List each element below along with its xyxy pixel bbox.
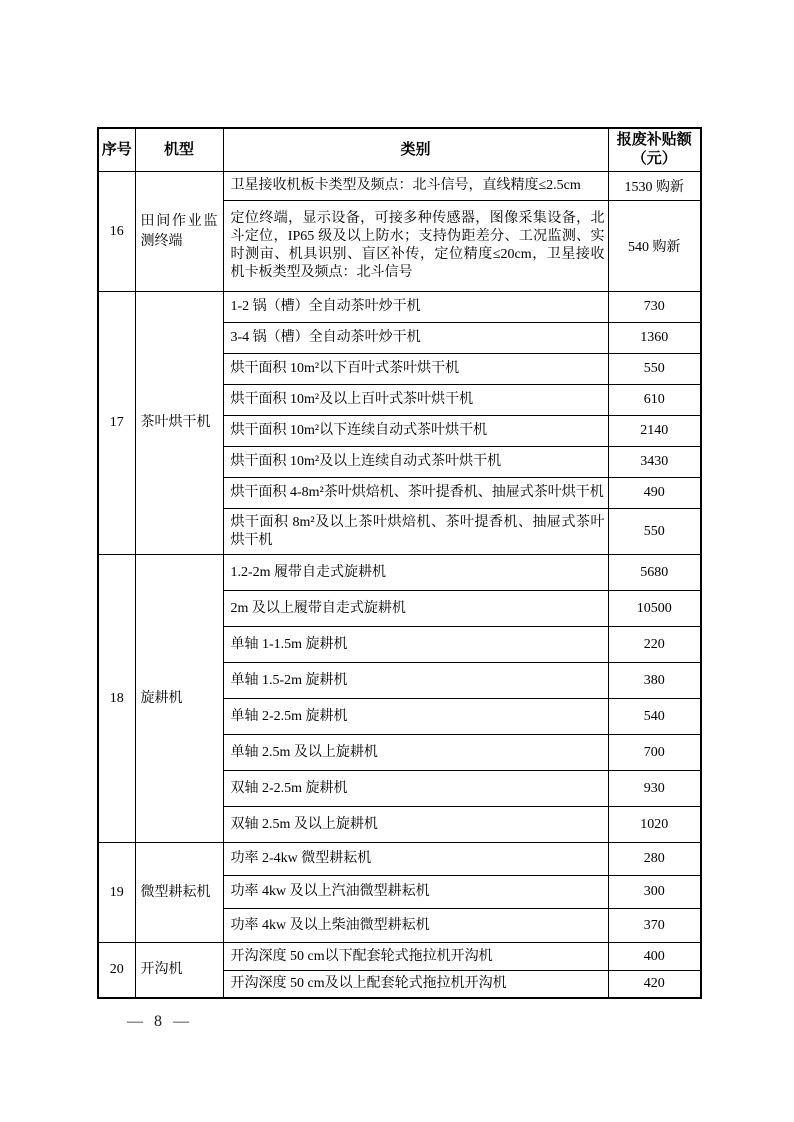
category-cell: 3-4 锅（槽）全自动茶叶炒干机 <box>223 323 608 354</box>
header-subsidy-unit: （元） <box>611 150 699 169</box>
category-cell: 功率 4kw 及以上柴油微型耕耘机 <box>223 909 608 943</box>
machine-model-cell: 开沟机 <box>135 943 223 998</box>
machine-model-cell: 旋耕机 <box>135 555 223 843</box>
subsidy-amount-cell: 280 <box>608 843 701 876</box>
header-machine-model: 机型 <box>135 128 223 172</box>
subsidy-amount-cell: 540 购新 <box>608 201 701 292</box>
subsidy-amount-cell: 300 <box>608 876 701 909</box>
subsidy-amount-cell: 220 <box>608 627 701 663</box>
category-cell: 双轴 2.5m 及以上旋耕机 <box>223 807 608 843</box>
subsidy-amount-cell: 540 <box>608 699 701 735</box>
scrap-subsidy-table: 序号 机型 类别 报废补贴额（元） 16田间作业监测终端卫星接收机板卡类型及频点… <box>97 127 702 999</box>
category-cell: 1.2-2m 履带自走式旋耕机 <box>223 555 608 591</box>
page-number: — 8 — <box>127 1013 189 1031</box>
table-row: 16田间作业监测终端卫星接收机板卡类型及频点：北斗信号，直线精度≤2.5cm15… <box>98 172 701 201</box>
category-cell: 单轴 1.5-2m 旋耕机 <box>223 663 608 699</box>
machine-model-cell: 茶叶烘干机 <box>135 292 223 555</box>
subsidy-amount-cell: 2140 <box>608 416 701 447</box>
subsidy-amount-cell: 1020 <box>608 807 701 843</box>
serial-number-cell: 20 <box>98 943 135 998</box>
table-row: 19微型耕耘机功率 2-4kw 微型耕耘机280 <box>98 843 701 876</box>
header-subsidy-line1: 报废补贴额 <box>611 131 699 150</box>
subsidy-amount-cell: 930 <box>608 771 701 807</box>
document-page: 序号 机型 类别 报废补贴额（元） 16田间作业监测终端卫星接收机板卡类型及频点… <box>0 0 794 1122</box>
category-cell: 开沟深度 50 cm及以上配套轮式拖拉机开沟机 <box>223 971 608 998</box>
category-cell: 1-2 锅（槽）全自动茶叶炒干机 <box>223 292 608 323</box>
category-cell: 烘干面积 10m²及以上连续自动式茶叶烘干机 <box>223 447 608 478</box>
table-header-row: 序号 机型 类别 报废补贴额（元） <box>98 128 701 172</box>
header-subsidy-amount: 报废补贴额（元） <box>608 128 701 172</box>
category-cell: 2m 及以上履带自走式旋耕机 <box>223 591 608 627</box>
serial-number-cell: 19 <box>98 843 135 943</box>
subsidy-amount-cell: 420 <box>608 971 701 998</box>
subsidy-amount-cell: 550 <box>608 354 701 385</box>
table-row: 18旋耕机1.2-2m 履带自走式旋耕机5680 <box>98 555 701 591</box>
category-cell: 单轴 2-2.5m 旋耕机 <box>223 699 608 735</box>
category-cell: 功率 4kw 及以上汽油微型耕耘机 <box>223 876 608 909</box>
subsidy-amount-cell: 730 <box>608 292 701 323</box>
machine-model-cell: 田间作业监测终端 <box>135 172 223 292</box>
subsidy-amount-cell: 5680 <box>608 555 701 591</box>
category-cell: 单轴 1-1.5m 旋耕机 <box>223 627 608 663</box>
subsidy-amount-cell: 400 <box>608 943 701 971</box>
subsidy-amount-cell: 1530 购新 <box>608 172 701 201</box>
serial-number-cell: 18 <box>98 555 135 843</box>
category-cell: 开沟深度 50 cm以下配套轮式拖拉机开沟机 <box>223 943 608 971</box>
category-cell: 卫星接收机板卡类型及频点：北斗信号，直线精度≤2.5cm <box>223 172 608 201</box>
subsidy-amount-cell: 490 <box>608 478 701 509</box>
subsidy-amount-cell: 10500 <box>608 591 701 627</box>
subsidy-amount-cell: 550 <box>608 509 701 555</box>
header-serial-number: 序号 <box>98 128 135 172</box>
category-cell: 烘干面积 10m²及以上百叶式茶叶烘干机 <box>223 385 608 416</box>
subsidy-amount-cell: 610 <box>608 385 701 416</box>
subsidy-amount-cell: 3430 <box>608 447 701 478</box>
category-cell: 烘干面积 4-8m²茶叶烘焙机、茶叶提香机、抽屉式茶叶烘干机 <box>223 478 608 509</box>
machine-model-cell: 微型耕耘机 <box>135 843 223 943</box>
category-cell: 烘干面积 10m²以下百叶式茶叶烘干机 <box>223 354 608 385</box>
subsidy-amount-cell: 700 <box>608 735 701 771</box>
table-row: 20开沟机开沟深度 50 cm以下配套轮式拖拉机开沟机400 <box>98 943 701 971</box>
category-cell: 定位终端，显示设备，可接多种传感器，图像采集设备，北斗定位，IP65 级及以上防… <box>223 201 608 292</box>
header-category: 类别 <box>223 128 608 172</box>
category-cell: 单轴 2.5m 及以上旋耕机 <box>223 735 608 771</box>
subsidy-amount-cell: 370 <box>608 909 701 943</box>
serial-number-cell: 16 <box>98 172 135 292</box>
serial-number-cell: 17 <box>98 292 135 555</box>
category-cell: 双轴 2-2.5m 旋耕机 <box>223 771 608 807</box>
category-cell: 烘干面积 8m²及以上茶叶烘焙机、茶叶提香机、抽屉式茶叶烘干机 <box>223 509 608 555</box>
subsidy-amount-cell: 380 <box>608 663 701 699</box>
subsidy-amount-cell: 1360 <box>608 323 701 354</box>
table-row: 17茶叶烘干机1-2 锅（槽）全自动茶叶炒干机730 <box>98 292 701 323</box>
table-body: 16田间作业监测终端卫星接收机板卡类型及频点：北斗信号，直线精度≤2.5cm15… <box>98 172 701 998</box>
category-cell: 功率 2-4kw 微型耕耘机 <box>223 843 608 876</box>
category-cell: 烘干面积 10m²以下连续自动式茶叶烘干机 <box>223 416 608 447</box>
